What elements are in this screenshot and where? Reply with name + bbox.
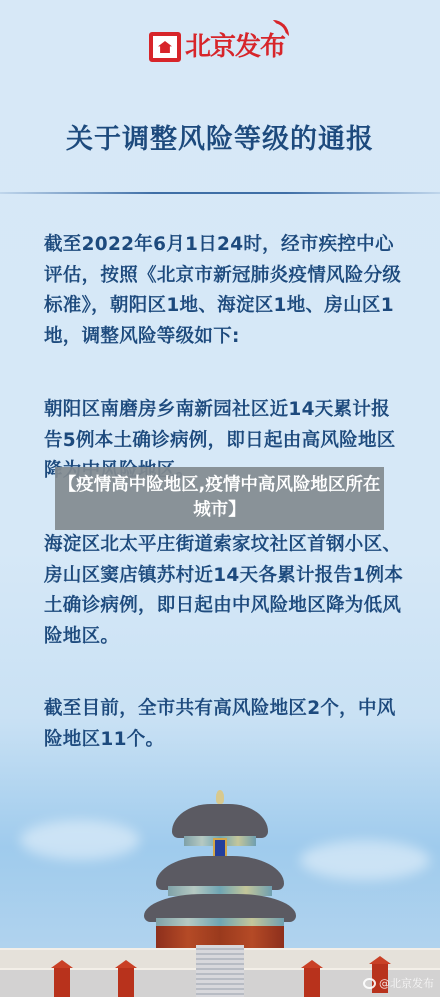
temple-logo-icon <box>149 32 181 62</box>
paragraph-haidian-fangshan: 海淀区北太平庄街道索家坟社区首钢小区、房山区窦店镇苏村近14天各累计报告1例本土… <box>44 530 404 652</box>
red-kiosk <box>118 967 134 997</box>
paragraph-summary: 截至目前，全市共有高风险地区2个，中风险地区11个。 <box>44 694 404 755</box>
page-title: 关于调整风险等级的通报 <box>0 117 440 156</box>
logo-text: 北京发布 <box>185 34 285 60</box>
title-divider <box>0 192 440 194</box>
watermark-text: @北京发布 <box>379 975 434 991</box>
stairs <box>196 945 244 997</box>
paragraph-intro: 截至2022年6月1日24时，经市疾控中心评估，按照《北京市新冠肺炎疫情风险分级… <box>44 230 404 352</box>
cloud <box>20 820 140 860</box>
signal-wave-icon <box>273 20 289 36</box>
plaque <box>213 838 227 858</box>
top-roof <box>172 804 268 838</box>
middle-roof <box>156 856 284 890</box>
cloud <box>300 840 430 880</box>
weibo-icon <box>363 978 376 989</box>
golden-finial <box>216 790 224 804</box>
watermark: @北京发布 <box>363 975 434 991</box>
logo: 北京发布 <box>149 28 285 66</box>
decor-band <box>156 918 284 926</box>
caption-overlay: 【疫情高中险地区,疫情中高风险地区所在城市】 <box>55 467 384 530</box>
red-kiosk <box>304 967 320 997</box>
temple-of-heaven-image: @北京发布 <box>0 780 440 997</box>
red-kiosk <box>54 967 70 997</box>
